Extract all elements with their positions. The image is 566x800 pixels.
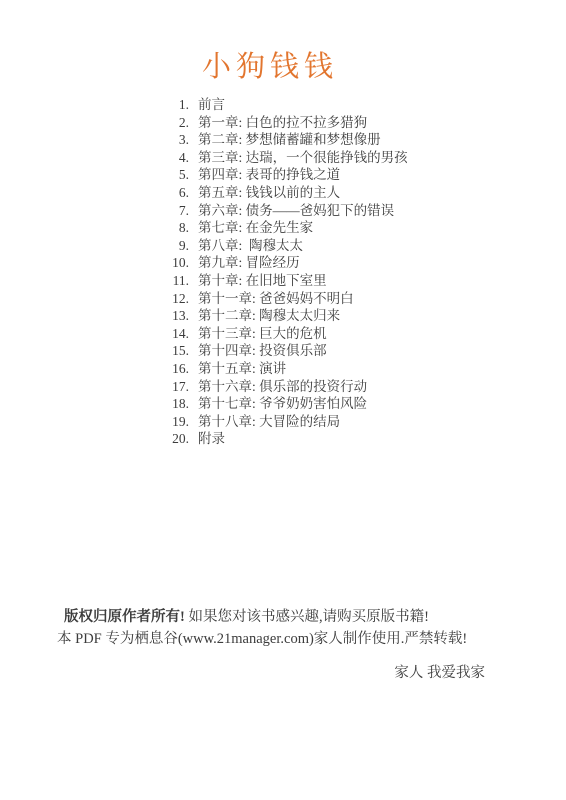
toc-item-number: 3. <box>170 131 189 149</box>
toc-item-label: 第九章: 冒险经历 <box>198 254 300 272</box>
toc-item-label: 第十四章: 投资俱乐部 <box>198 342 327 360</box>
toc-item-number: 18. <box>170 395 189 413</box>
toc-item: 2.第一章: 白色的拉不拉多猎狗 <box>170 114 408 132</box>
toc-item: 9.第八章: 陶穆太太 <box>170 237 408 255</box>
toc-item-number: 13. <box>170 307 189 325</box>
toc-item-label: 第一章: 白色的拉不拉多猎狗 <box>198 114 367 132</box>
toc-item-label: 第十一章: 爸爸妈妈不明白 <box>198 290 354 308</box>
toc-item: 7.第六章: 债务——爸妈犯下的错误 <box>170 202 408 220</box>
copyright-rest-text: 如果您对该书感兴趣,请购买原版书籍! <box>185 609 429 625</box>
copyright-bold-text: 版权归原作者所有! <box>64 609 185 625</box>
toc-item: 1.前言 <box>170 96 408 114</box>
toc-item-number: 10. <box>170 254 189 272</box>
source-notice: 本 PDF 专为栖息谷(www.21manager.com)家人制作使用.严禁转… <box>57 627 467 648</box>
toc-item-number: 7. <box>170 202 189 220</box>
toc-item-label: 第六章: 债务——爸妈犯下的错误 <box>198 202 394 220</box>
toc-item-number: 9. <box>170 237 189 255</box>
toc-item-label: 第十章: 在旧地下室里 <box>198 272 327 290</box>
toc-item-number: 12. <box>170 290 189 308</box>
toc-item-label: 第十六章: 俱乐部的投资行动 <box>198 378 367 396</box>
toc-item: 14.第十三章: 巨大的危机 <box>170 325 408 343</box>
toc-item-label: 附录 <box>198 430 225 448</box>
toc-item-label: 第三章: 达瑞，一个很能挣钱的男孩 <box>198 149 408 167</box>
toc-item: 3.第二章: 梦想储蓄罐和梦想像册 <box>170 131 408 149</box>
toc-item: 13.第十二章: 陶穆太太归来 <box>170 307 408 325</box>
toc-item-number: 2. <box>170 114 189 132</box>
toc-item-label: 第十三章: 巨大的危机 <box>198 325 327 343</box>
toc-item-number: 4. <box>170 149 189 167</box>
toc-item: 19.第十八章: 大冒险的结局 <box>170 413 408 431</box>
toc-item-number: 16. <box>170 360 189 378</box>
toc-item-label: 第四章: 表哥的挣钱之道 <box>198 166 340 184</box>
toc-item-number: 14. <box>170 325 189 343</box>
toc-list: 1.前言 2.第一章: 白色的拉不拉多猎狗 3.第二章: 梦想储蓄罐和梦想像册 … <box>170 96 408 448</box>
toc-item-label: 第十八章: 大冒险的结局 <box>198 413 340 431</box>
book-title: 小狗钱钱 <box>0 44 540 85</box>
toc-item-number: 8. <box>170 219 189 237</box>
toc-item-number: 15. <box>170 342 189 360</box>
toc-item-label: 第二章: 梦想储蓄罐和梦想像册 <box>198 131 381 149</box>
toc-item-number: 11. <box>170 272 189 290</box>
signature-text: 家人 我爱我家 <box>0 661 485 682</box>
toc-item-number: 6. <box>170 184 189 202</box>
toc-item: 8.第七章: 在金先生家 <box>170 219 408 237</box>
toc-item: 6.第五章: 钱钱以前的主人 <box>170 184 408 202</box>
toc-item-number: 19. <box>170 413 189 431</box>
toc-item: 4.第三章: 达瑞，一个很能挣钱的男孩 <box>170 149 408 167</box>
toc-item-label: 第十五章: 演讲 <box>198 360 286 378</box>
toc-item-label: 前言 <box>198 96 225 114</box>
toc-item: 16.第十五章: 演讲 <box>170 360 408 378</box>
toc-item-label: 第八章: 陶穆太太 <box>198 237 303 255</box>
toc-item-number: 1. <box>170 96 189 114</box>
toc-item: 11.第十章: 在旧地下室里 <box>170 272 408 290</box>
toc-item-label: 第五章: 钱钱以前的主人 <box>198 184 340 202</box>
toc-item: 12.第十一章: 爸爸妈妈不明白 <box>170 290 408 308</box>
toc-item-number: 20. <box>170 430 189 448</box>
toc-item: 15.第十四章: 投资俱乐部 <box>170 342 408 360</box>
copyright-notice: 版权归原作者所有! 如果您对该书感兴趣,请购买原版书籍! <box>64 605 429 626</box>
toc-item-label: 第十七章: 爷爷奶奶害怕风险 <box>198 395 367 413</box>
toc-item: 17.第十六章: 俱乐部的投资行动 <box>170 378 408 396</box>
toc-item: 5.第四章: 表哥的挣钱之道 <box>170 166 408 184</box>
toc-item-number: 5. <box>170 166 189 184</box>
document-page: 小狗钱钱 1.前言 2.第一章: 白色的拉不拉多猎狗 3.第二章: 梦想储蓄罐和… <box>0 0 566 800</box>
toc-item-label: 第七章: 在金先生家 <box>198 219 313 237</box>
toc-item: 20.附录 <box>170 430 408 448</box>
toc-item: 18.第十七章: 爷爷奶奶害怕风险 <box>170 395 408 413</box>
toc-item: 10.第九章: 冒险经历 <box>170 254 408 272</box>
toc-item-label: 第十二章: 陶穆太太归来 <box>198 307 340 325</box>
toc-item-number: 17. <box>170 378 189 396</box>
